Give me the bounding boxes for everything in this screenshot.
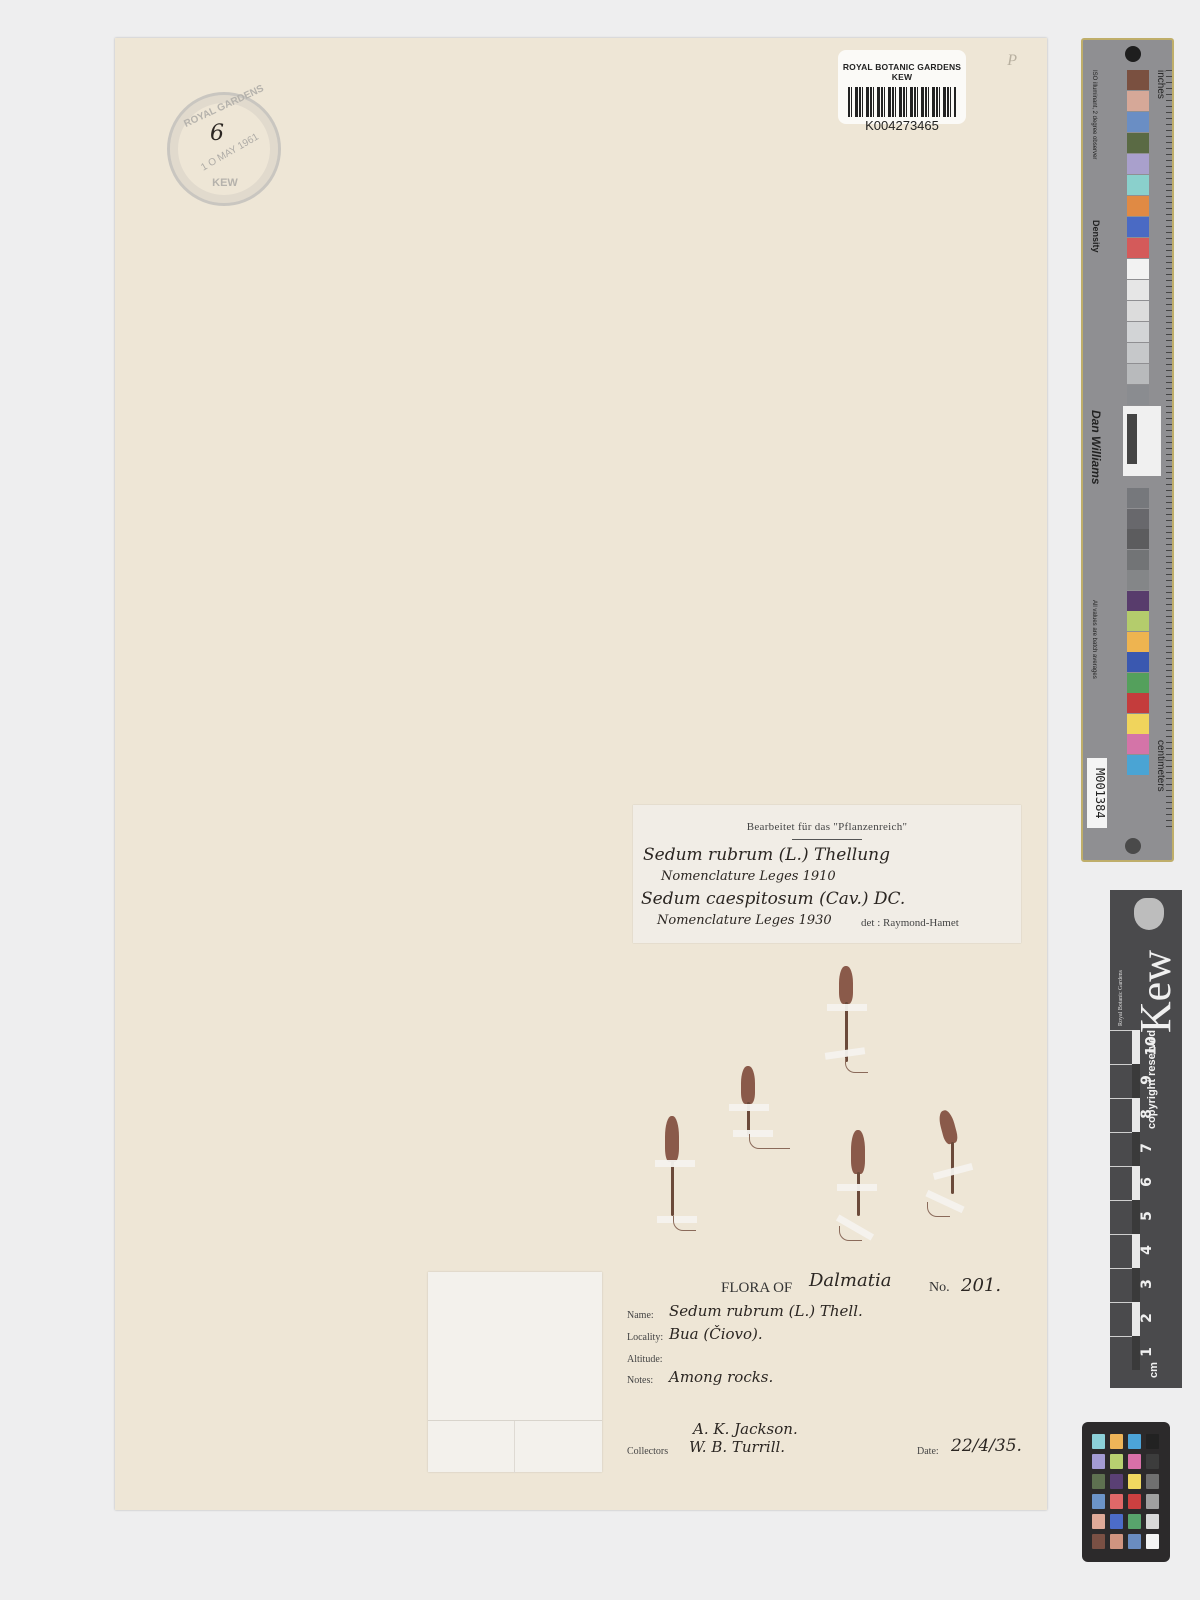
checker-cell bbox=[1110, 1534, 1123, 1549]
checker-cell bbox=[1128, 1474, 1141, 1489]
centimeters-label: centimeters bbox=[1155, 740, 1166, 792]
cm-tick-label: 1 bbox=[1139, 1347, 1155, 1357]
checker-cell bbox=[1146, 1474, 1159, 1489]
cm-tick-label: 7 bbox=[1139, 1143, 1155, 1153]
color-patch bbox=[1127, 734, 1149, 754]
illuminant-text: ISO illuminant, 2 degree observer bbox=[1091, 70, 1097, 159]
color-patch bbox=[1127, 175, 1149, 195]
plant-specimen bbox=[835, 1130, 895, 1260]
divider bbox=[792, 839, 862, 840]
color-patch bbox=[1127, 611, 1149, 631]
checker-cell bbox=[1146, 1434, 1159, 1449]
color-patch bbox=[1127, 70, 1149, 90]
determination-line-2: Nomenclature Leges 1910 bbox=[661, 869, 836, 884]
checker-cell bbox=[1146, 1514, 1159, 1529]
cm-segment bbox=[1110, 1268, 1132, 1303]
cm-segment bbox=[1110, 1336, 1132, 1371]
checker-cell bbox=[1110, 1454, 1123, 1469]
herbarium-sheet: P ROYAL BOTANIC GARDENS KEW K004273465 R… bbox=[115, 38, 1047, 1510]
color-patch bbox=[1127, 280, 1149, 300]
cm-tick-label: 6 bbox=[1139, 1177, 1155, 1187]
color-patch bbox=[1127, 509, 1149, 529]
determination-label: Bearbeitet für das "Pflanzenreich" Sedum… bbox=[633, 805, 1021, 943]
barcode-number: K004273465 bbox=[838, 118, 966, 133]
notes-value: Among rocks. bbox=[669, 1368, 773, 1386]
color-patch bbox=[1127, 133, 1149, 153]
notes-label: Notes: bbox=[627, 1375, 653, 1386]
color-patch bbox=[1127, 364, 1149, 384]
name-value: Sedum rubrum (L.) Thell. bbox=[669, 1302, 863, 1320]
name-label: Name: bbox=[627, 1310, 654, 1321]
royal-crest-icon bbox=[1134, 898, 1164, 930]
color-patch bbox=[1127, 550, 1149, 570]
stamp-number: 6 bbox=[210, 121, 224, 146]
color-checker bbox=[1082, 1422, 1170, 1562]
kew-scale-bar: Kew Royal Botanic Gardens copyright rese… bbox=[1110, 890, 1182, 1388]
kew-subtitle: Royal Botanic Gardens bbox=[1118, 970, 1124, 1026]
checker-cell bbox=[1146, 1494, 1159, 1509]
checker-cell bbox=[1092, 1494, 1105, 1509]
institution-name: ROYAL BOTANIC GARDENS KEW bbox=[838, 62, 966, 82]
checker-cell bbox=[1092, 1454, 1105, 1469]
color-patch bbox=[1127, 154, 1149, 174]
cm-tick-label: 8 bbox=[1139, 1109, 1155, 1119]
ruler-ticks bbox=[1166, 70, 1172, 830]
color-patch bbox=[1127, 385, 1149, 405]
checker-cell bbox=[1092, 1434, 1105, 1449]
locality-label: Locality: bbox=[627, 1332, 663, 1343]
checker-cell bbox=[1110, 1474, 1123, 1489]
cm-segment bbox=[1110, 1132, 1132, 1167]
cm-segment bbox=[1110, 1200, 1132, 1235]
checker-cell bbox=[1092, 1514, 1105, 1529]
cm-bar bbox=[1132, 1030, 1140, 1064]
collector-2: W. B. Turrill. bbox=[689, 1438, 785, 1456]
color-patch bbox=[1127, 301, 1149, 321]
stamp-top-text: ROYAL GARDENS bbox=[182, 83, 266, 130]
color-patch bbox=[1127, 259, 1149, 279]
cm-tick-label: 10 bbox=[1144, 1036, 1160, 1055]
checker-cell bbox=[1092, 1534, 1105, 1549]
checker-cell bbox=[1146, 1454, 1159, 1469]
packet-flap[interactable] bbox=[428, 1420, 602, 1473]
color-patch bbox=[1127, 91, 1149, 111]
ruler-code: M001384 bbox=[1087, 758, 1107, 828]
cm-segment bbox=[1110, 1030, 1132, 1065]
color-patch bbox=[1127, 693, 1149, 713]
color-patch bbox=[1127, 238, 1149, 258]
checker-cell bbox=[1128, 1534, 1141, 1549]
barcode-label: ROYAL BOTANIC GARDENS KEW K004273465 bbox=[838, 50, 966, 124]
determination-header: Bearbeitet für das "Pflanzenreich" bbox=[633, 821, 1021, 833]
checker-cell bbox=[1110, 1494, 1123, 1509]
plant-specimen bbox=[923, 1110, 983, 1250]
batch-note: All values are batch averages bbox=[1091, 600, 1097, 679]
accession-stamp: ROYAL GARDENS 6 1 O MAY 1961 KEW bbox=[167, 92, 281, 206]
color-patch bbox=[1127, 673, 1149, 693]
cm-segment bbox=[1110, 1302, 1132, 1337]
cm-tick-label: 9 bbox=[1139, 1075, 1155, 1085]
plant-specimen bbox=[825, 966, 875, 1146]
cm-tick-label: 5 bbox=[1139, 1211, 1155, 1221]
collection-label: FLORA OF Dalmatia No. 201. Name: Sedum r… bbox=[613, 1260, 1033, 1470]
cm-segment bbox=[1110, 1234, 1132, 1269]
collector-label: Collectors bbox=[627, 1446, 668, 1457]
checker-cell bbox=[1128, 1434, 1141, 1449]
number-label: No. bbox=[929, 1280, 950, 1296]
determiner: det : Raymond-Hamet bbox=[861, 917, 959, 929]
kew-logo: Kew bbox=[1130, 950, 1181, 1033]
stamp-bottom-text: KEW bbox=[200, 177, 250, 189]
flora-title: FLORA OF bbox=[721, 1280, 792, 1297]
cm-segment bbox=[1110, 1064, 1132, 1099]
color-patch bbox=[1127, 570, 1149, 590]
plant-specimen bbox=[653, 1116, 713, 1256]
altitude-label: Altitude: bbox=[627, 1354, 663, 1365]
determination-line-1: Sedum rubrum (L.) Thellung bbox=[643, 845, 890, 865]
checker-cell bbox=[1146, 1534, 1159, 1549]
cm-scale: 10987654321 bbox=[1110, 1030, 1136, 1388]
color-patch bbox=[1127, 488, 1149, 508]
determination-line-4: Nomenclature Leges 1930 bbox=[657, 913, 832, 928]
color-patch bbox=[1127, 529, 1149, 549]
collector-1: A. K. Jackson. bbox=[693, 1420, 798, 1438]
checker-cell bbox=[1110, 1514, 1123, 1529]
cm-tick-label: 3 bbox=[1139, 1279, 1155, 1289]
color-patch bbox=[1127, 217, 1149, 237]
number-value: 201. bbox=[961, 1275, 1001, 1296]
reference-card bbox=[1123, 406, 1161, 476]
checker-cell bbox=[1128, 1454, 1141, 1469]
corner-mark: P bbox=[1007, 52, 1017, 70]
color-density-ruler: inches ISO illuminant, 2 degree observer… bbox=[1081, 38, 1174, 862]
color-patch bbox=[1127, 112, 1149, 132]
flora-region: Dalmatia bbox=[809, 1270, 891, 1291]
stamp-date: 1 O MAY 1961 bbox=[193, 128, 268, 178]
checker-cell bbox=[1110, 1434, 1123, 1449]
plant-specimen bbox=[723, 1066, 793, 1166]
cm-tick-label: 2 bbox=[1139, 1313, 1155, 1323]
ruler-dot-icon bbox=[1125, 838, 1141, 854]
checker-cell bbox=[1092, 1474, 1105, 1489]
color-patch bbox=[1127, 714, 1149, 734]
date-label: Date: bbox=[917, 1446, 939, 1457]
cm-segment bbox=[1110, 1098, 1132, 1133]
cm-tick-label: 4 bbox=[1139, 1245, 1155, 1255]
density-label: Density bbox=[1091, 220, 1101, 253]
date-value: 22/4/35. bbox=[951, 1436, 1022, 1456]
color-patch bbox=[1127, 343, 1149, 363]
barcode-icon bbox=[848, 87, 956, 117]
ruler-dot-icon bbox=[1125, 46, 1141, 62]
checker-cell bbox=[1128, 1514, 1141, 1529]
color-patch bbox=[1127, 196, 1149, 216]
color-patch bbox=[1127, 755, 1149, 775]
checker-cell bbox=[1128, 1494, 1141, 1509]
cm-segment bbox=[1110, 1166, 1132, 1201]
inches-label: inches bbox=[1155, 70, 1166, 99]
brand-label: Dan Williams bbox=[1089, 410, 1103, 485]
seed-packet[interactable] bbox=[428, 1272, 602, 1472]
determination-line-3: Sedum caespitosum (Cav.) DC. bbox=[641, 889, 905, 909]
cm-unit-label: cm bbox=[1148, 1362, 1160, 1378]
color-patch bbox=[1127, 632, 1149, 652]
color-patch bbox=[1127, 591, 1149, 611]
color-patch bbox=[1127, 652, 1149, 672]
locality-value: Bua (Čiovo). bbox=[669, 1325, 763, 1343]
color-patch bbox=[1127, 322, 1149, 342]
